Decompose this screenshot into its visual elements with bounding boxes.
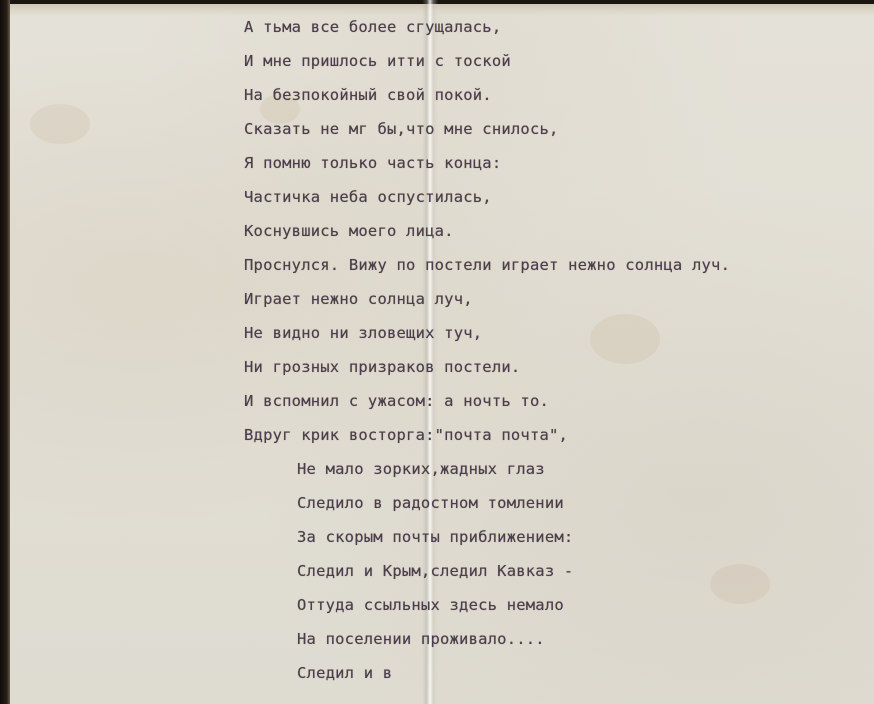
- poem-line: Не видно ни зловещих туч,: [244, 324, 482, 342]
- poem-line: А тьма все более сгущалась,: [244, 18, 501, 36]
- poem-line-indented: Следило в радостном томлении: [297, 494, 564, 512]
- poem-line: Проснулся. Вижу по постели играет нежно …: [244, 256, 730, 274]
- scanned-document: А тьма все более сгущалась, И мне пришло…: [0, 0, 874, 704]
- poem-line: На безпокойный свой покой.: [244, 86, 492, 104]
- poem-line: Играет нежно солнца луч,: [244, 290, 473, 308]
- poem-line: И вспомнил с ужасом: а ночть то.: [244, 392, 549, 410]
- poem-text: А тьма все более сгущалась, И мне пришло…: [0, 0, 874, 704]
- poem-line-indented: Оттуда ссыльных здесь немало: [297, 596, 564, 614]
- poem-line-indented: За скорым почты приближением:: [297, 528, 573, 546]
- poem-line-indented: Следил и в: [297, 664, 392, 682]
- poem-line: Вдруг крик восторга:"почта почта",: [244, 426, 568, 444]
- poem-line: Сказать не мг бы,что мне снилось,: [244, 120, 559, 138]
- poem-line-indented: Не мало зорких,жадных глаз: [297, 460, 545, 478]
- poem-line: Я помню только часть конца:: [244, 154, 501, 172]
- poem-line-indented: На поселении проживало....: [297, 630, 545, 648]
- poem-line-indented: Следил и Крым,следил Кавказ -: [297, 562, 573, 580]
- poem-line: Коснувшись моего лица.: [244, 222, 454, 240]
- poem-line: Ни грозных призраков постели.: [244, 358, 520, 376]
- poem-line: И мне пришлось итти с тоской: [244, 52, 511, 70]
- poem-line: Частичка неба оспустилась,: [244, 188, 492, 206]
